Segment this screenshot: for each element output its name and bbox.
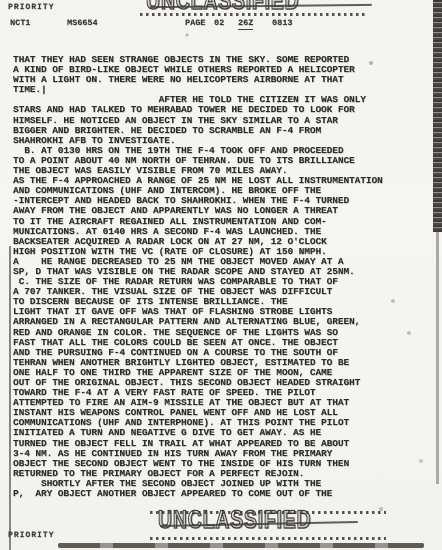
header-token-msgno: MS6654	[67, 19, 98, 28]
priority-bottom-label: PRIORITY	[8, 531, 54, 540]
stamp-top-dotted-line	[140, 13, 368, 16]
scanned-document-page: PRIORITY UNCLASSIFIED NCT1 MS6654 PAGE 0…	[0, 0, 442, 550]
priority-top-label: PRIORITY	[8, 3, 54, 12]
right-binding-artifact	[433, 0, 442, 232]
scan-noise-specks	[0, 0, 2, 2]
stamp-bottom-dotted-bottom	[150, 537, 386, 540]
left-margin-rule	[9, 246, 11, 550]
header-token-page: PAGE	[185, 19, 205, 28]
right-edge-line	[436, 232, 439, 484]
header-token-pageno: 02	[214, 19, 224, 28]
unclassified-stamp-bottom-text: UNCLASSIFIED	[158, 508, 311, 533]
header-token-dtg: 26Z	[238, 19, 253, 30]
header-token-time: 0813	[272, 19, 292, 28]
bottom-scan-smudge	[58, 543, 424, 548]
document-body-text: THAT THEY HAD SEEN STRANGE OBJECTS IN TH…	[13, 55, 383, 499]
header-token-nct1: NCT1	[10, 19, 30, 28]
